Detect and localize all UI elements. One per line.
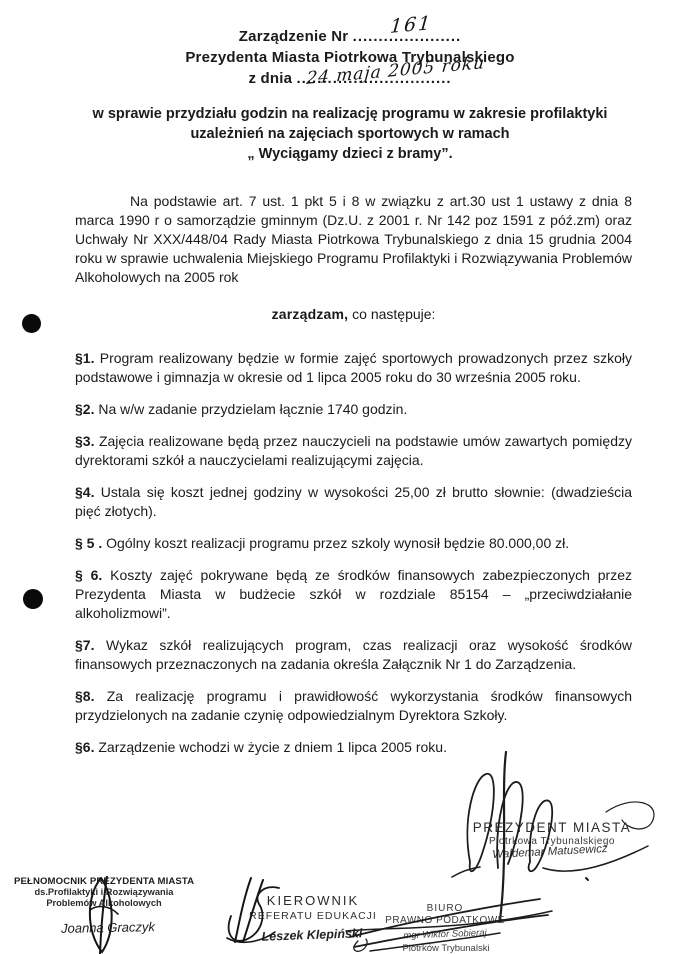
order-clause-rest: co następuje: — [348, 306, 435, 322]
document-title-block: Zarządzenie Nr ..................... 161… — [0, 0, 700, 89]
paragraph-1: §1. Program realizowany będzie w formie … — [75, 349, 632, 387]
document-body: Na podstawie art. 7 ust. 1 pkt 5 i 8 w z… — [75, 192, 632, 757]
title-line-date: z dnia .............................. 24… — [0, 68, 700, 89]
legal-stamp-line2: PRAWNO PODATKOWE — [360, 915, 530, 926]
legal-stamp-title: BIURO — [360, 903, 530, 914]
ordinance-number-dotted-line: ..................... 161 — [353, 26, 462, 47]
plenipotentiary-stamp-line3: Problemów Alkoholowych — [14, 898, 194, 909]
title-date-prefix: z dnia — [248, 70, 292, 87]
legal-office-stamp: BIURO PRAWNO PODATKOWE — [360, 903, 530, 926]
paragraph-9-final: §6. Zarządzenie wchodzi w życie z dniem … — [75, 738, 632, 757]
education-stamp-title: KIEROWNIK — [248, 893, 378, 908]
legal-stamp-city: Piotrków Trybunalski — [356, 943, 536, 954]
ordinance-paragraphs: §1. Program realizowany będzie w formie … — [75, 349, 632, 757]
subject-line-2: uzależnień na zajęciach sportowych w ram… — [0, 124, 700, 144]
paragraph-7: §7. Wykaz szkół realizujących program, c… — [75, 636, 632, 674]
education-stamp-line2: REFERATU EDUKACJI — [248, 910, 378, 922]
order-clause: zarządzam, co następuje: — [75, 305, 632, 324]
handwritten-ordinance-number: 161 — [389, 13, 433, 38]
legal-officer-name: mgr Wiktor Sobieraj — [370, 926, 520, 942]
education-head-name: Leszek Klepiński — [252, 926, 372, 944]
paragraph-2: §2. Na w/w zadanie przydzielam łącznie 1… — [75, 400, 632, 419]
hole-punch-mark-bottom — [23, 589, 43, 609]
paragraph-6: § 6. Koszty zajęć pokrywane będą ze środ… — [75, 566, 632, 623]
plenipotentiary-stamp: PEŁNOMOCNIK PREZYDENTA MIASTA ds.Profila… — [14, 876, 194, 909]
paragraph-3: §3. Zajęcia realizowane będą przez naucz… — [75, 432, 632, 470]
plenipotentiary-stamp-title: PEŁNOMOCNIK PREZYDENTA MIASTA — [14, 876, 194, 887]
scanned-document-page: Zarządzenie Nr ..................... 161… — [0, 0, 700, 954]
legal-basis-preamble: Na podstawie art. 7 ust. 1 pkt 5 i 8 w z… — [75, 192, 632, 287]
paragraph-5: § 5 . Ogólny koszt realizacji programu p… — [75, 534, 632, 553]
paragraph-8: §8. Za realizację programu i prawidłowoś… — [75, 687, 632, 725]
education-stamp: KIEROWNIK REFERATU EDUKACJI — [248, 893, 378, 922]
document-subject-block: w sprawie przydziału godzin na realizacj… — [0, 104, 700, 164]
subject-line-3: „ Wyciągamy dzieci z bramy”. — [0, 144, 700, 164]
paragraph-4: §4. Ustala się koszt jednej godziny w wy… — [75, 483, 632, 521]
president-stamp-title: PREZYDENT MIASTA — [432, 820, 672, 835]
hole-punch-mark-top — [22, 314, 41, 333]
title-line-ordinance-number: Zarządzenie Nr ..................... 161 — [0, 26, 700, 47]
plenipotentiary-name: Joanna Graczyk — [38, 919, 178, 936]
title-ordinance-prefix: Zarządzenie Nr — [239, 28, 349, 45]
subject-line-1: w sprawie przydziału godzin na realizacj… — [0, 104, 700, 124]
order-clause-bold: zarządzam, — [272, 306, 349, 322]
date-dotted-line: .............................. 24 maja 2… — [297, 68, 452, 89]
president-stamp: PREZYDENT MIASTA Piotrkowa Trybunalskieg… — [432, 820, 672, 847]
plenipotentiary-stamp-line2: ds.Profilaktyki i Rozwiązywania — [14, 887, 194, 898]
